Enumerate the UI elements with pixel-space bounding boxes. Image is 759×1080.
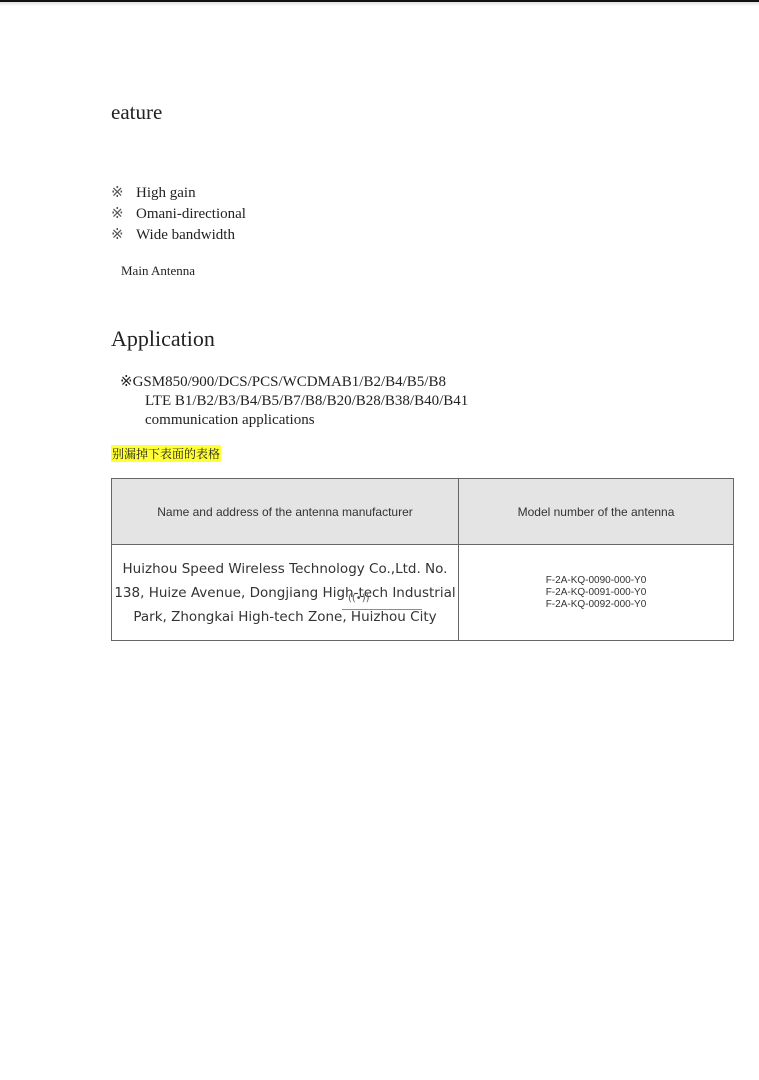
header-model: Model number of the antenna [459, 479, 734, 545]
feature-text: High gain [136, 183, 196, 204]
main-antenna-label: Main Antenna [121, 263, 195, 279]
feature-heading: eature [111, 100, 162, 125]
model-number: F-2A-KQ-0090-000-Y0 [460, 575, 732, 587]
header-manufacturer: Name and address of the antenna manufact… [112, 479, 459, 545]
manufacturer-cell: Huizhou Speed Wireless Technology Co.,Lt… [112, 545, 459, 641]
spellcheck-underline [342, 609, 422, 610]
feature-text: Wide bandwidth [136, 225, 235, 246]
application-line-3: communication applications [120, 411, 468, 430]
table-row: Huizhou Speed Wireless Technology Co.,Lt… [112, 545, 734, 641]
manufacturer-text: Huizhou Speed Wireless Technology Co.,Lt… [114, 561, 455, 625]
application-line-2: LTE B1/B2/B3/B4/B5/B7/B8/B20/B28/B38/B40… [120, 392, 468, 411]
application-list: ※GSM850/900/DCS/PCS/WCDMAB1/B2/B4/B5/B8 … [120, 373, 468, 430]
model-number: F-2A-KQ-0091-000-Y0 [460, 587, 732, 599]
reference-mark-icon: ※ [111, 225, 136, 246]
reference-mark-icon: ※ [111, 183, 136, 204]
model-number: F-2A-KQ-0092-000-Y0 [460, 599, 732, 611]
feature-item: ※ Omani-directional [111, 204, 246, 225]
table-header-row: Name and address of the antenna manufact… [112, 479, 734, 545]
model-cell: F-2A-KQ-0090-000-Y0 F-2A-KQ-0091-000-Y0 … [459, 545, 734, 641]
feature-item: ※ High gain [111, 183, 246, 204]
top-shadow [0, 2, 759, 6]
application-line-1: ※GSM850/900/DCS/PCS/WCDMAB1/B2/B4/B5/B8 [120, 373, 468, 392]
highlighted-note: 别漏掉下表面的表格 [111, 445, 221, 462]
wireless-signal-icon: ((•)) [348, 587, 370, 611]
reference-mark-icon: ※ [111, 204, 136, 225]
antenna-table: Name and address of the antenna manufact… [111, 478, 734, 641]
feature-item: ※ Wide bandwidth [111, 225, 246, 246]
feature-text: Omani-directional [136, 204, 246, 225]
feature-list: ※ High gain ※ Omani-directional ※ Wide b… [111, 183, 246, 246]
application-heading: Application [111, 326, 215, 352]
